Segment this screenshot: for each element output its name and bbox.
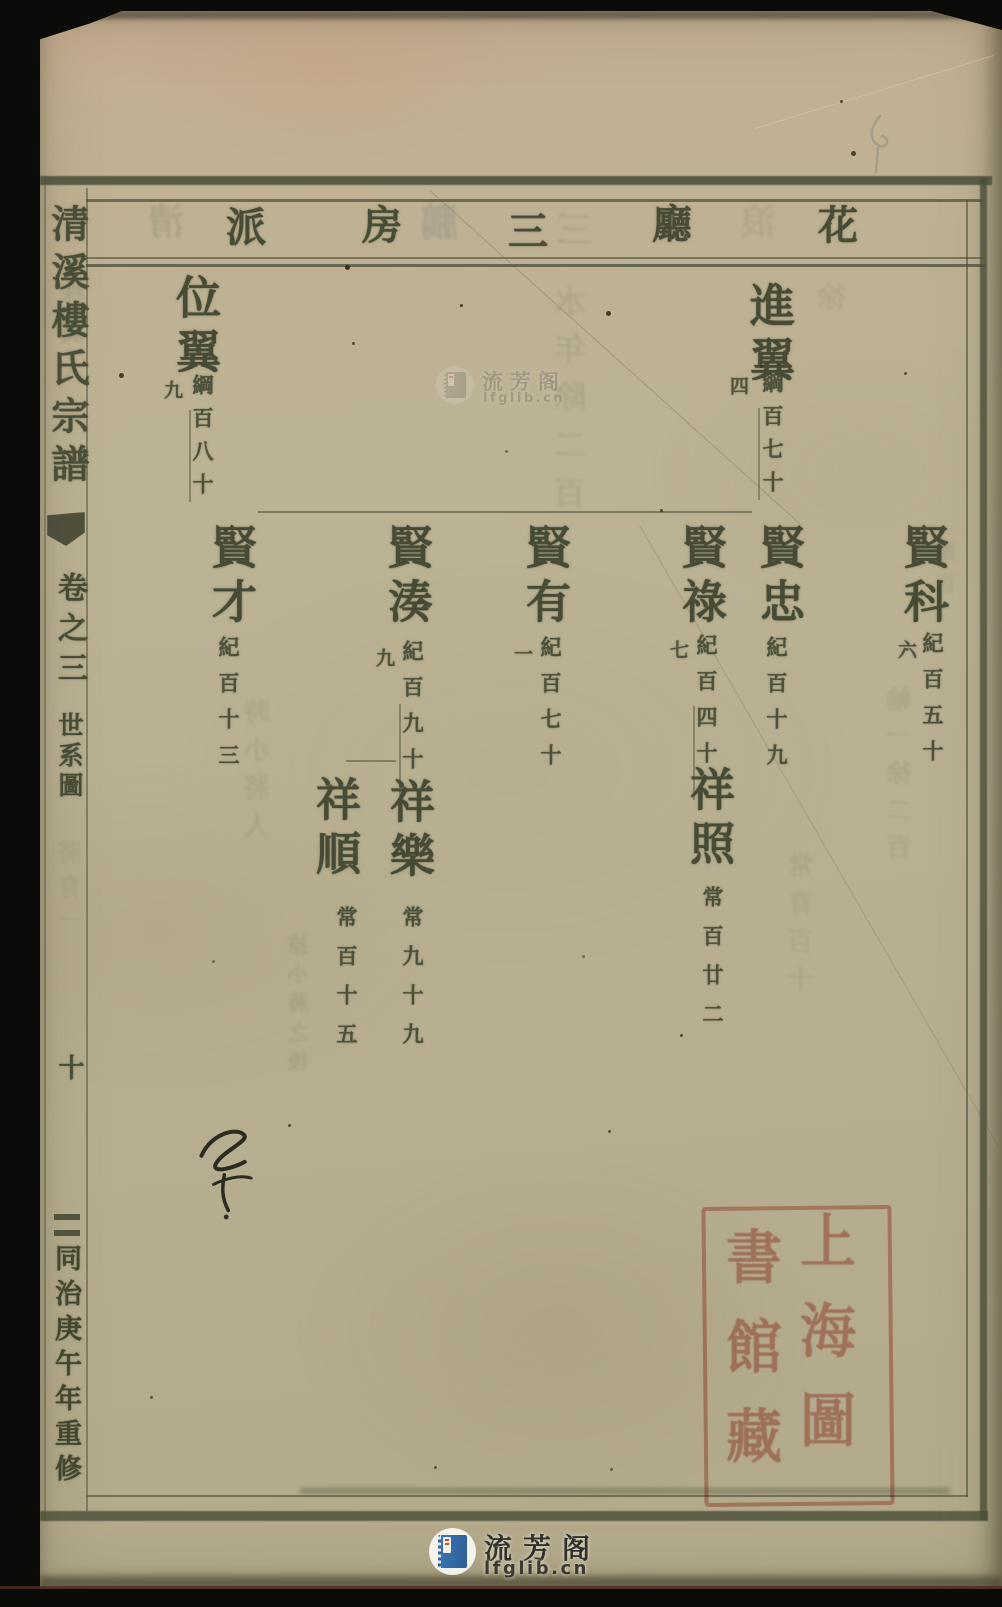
spine-page-number: 十 bbox=[56, 1054, 82, 1080]
bleedthrough-ghost: 輸一徐二百 bbox=[888, 686, 913, 871]
spine-separator-bar bbox=[54, 1230, 80, 1236]
frame-bottom-outer bbox=[40, 1511, 988, 1521]
photo-band-bottom bbox=[0, 1589, 1002, 1607]
book-icon bbox=[444, 372, 466, 398]
frame-right-inner bbox=[966, 200, 968, 1497]
entry-register: 常百十五 bbox=[336, 906, 357, 1062]
top-edge-shadow bbox=[40, 11, 1002, 19]
entry-seq: 一 bbox=[512, 644, 531, 663]
bleedthrough-ghost: 捺小將之後 bbox=[288, 934, 309, 1079]
watermark-circle bbox=[429, 1528, 476, 1575]
header-underline-a bbox=[86, 257, 983, 259]
bleedthrough-ghost: 時小將人 bbox=[246, 698, 272, 850]
watermark-site-domain: lfglib.cn bbox=[484, 1558, 589, 1579]
generation-divider bbox=[258, 511, 752, 513]
entry-name: 賢科 bbox=[900, 524, 945, 632]
ink-scribble bbox=[188, 1119, 273, 1224]
entry-register: 綱百八十 bbox=[192, 374, 213, 506]
connector-line bbox=[346, 760, 396, 762]
entry-register: 紀百九十 bbox=[402, 640, 423, 784]
bleedthrough-ghost: 浪 bbox=[740, 204, 776, 240]
book-label bbox=[448, 374, 454, 386]
entry-name: 祥順 bbox=[312, 776, 357, 884]
header-char: 廳 bbox=[652, 205, 692, 245]
bleedthrough-ghost: 三 bbox=[556, 212, 592, 248]
frame-right-outer bbox=[980, 178, 987, 1520]
spine-section: 世系圖 bbox=[57, 712, 82, 802]
entry-name: 賢有 bbox=[522, 524, 567, 632]
bleedthrough-ghost: 徐 bbox=[820, 282, 848, 310]
entry-register: 紀百十九 bbox=[766, 636, 787, 780]
entry-seq: 九 bbox=[162, 380, 181, 399]
header-char: 房 bbox=[362, 206, 402, 246]
watermark-site-domain: lfglib.cn bbox=[483, 391, 565, 406]
header-char: 三 bbox=[508, 212, 548, 252]
entry-name: 賢湊 bbox=[384, 524, 429, 632]
spine-separator-bar bbox=[54, 1214, 80, 1220]
header-underline-b bbox=[86, 264, 985, 267]
photo-band-top bbox=[0, 0, 1002, 11]
spine-colophon: 同治庚午年重修 bbox=[52, 1244, 79, 1489]
entry-name: 賢忠 bbox=[756, 524, 801, 632]
entry-register: 常九十九 bbox=[402, 906, 423, 1062]
library-seal-text-right: 上海圖 bbox=[796, 1211, 852, 1479]
entry-seq: 九 bbox=[374, 648, 393, 667]
entry-register: 常百廿二 bbox=[702, 886, 723, 1042]
bleedthrough-ghost: 清 bbox=[148, 204, 184, 240]
header-char: 花 bbox=[818, 206, 858, 246]
scanned-page: 水年除二百 株翼大 徐 輸一徐二百 常育百十 時小將人 捺小將之後 將育一 爾百… bbox=[0, 0, 1002, 1607]
bleedthrough-ghost: 常育百十 bbox=[790, 852, 816, 1004]
spine-book-title: 清溪樓氏宗譜 bbox=[48, 204, 86, 492]
spine-volume: 卷之三 bbox=[54, 572, 84, 692]
library-seal-text-left: 書館藏 bbox=[722, 1227, 778, 1495]
entry-register: 紀百十三 bbox=[218, 636, 239, 780]
entry-register: 紀百七十 bbox=[540, 636, 561, 780]
entry-seq: 七 bbox=[668, 640, 687, 659]
pencil-mark bbox=[850, 112, 898, 178]
photo-band-left bbox=[0, 0, 40, 1607]
entry-seq: 四 bbox=[728, 376, 747, 395]
header-char: 派 bbox=[226, 208, 266, 248]
entry-name: 賢祿 bbox=[678, 524, 723, 632]
bottom-fold-smudge bbox=[300, 1488, 950, 1494]
entry-register: 綱百七十 bbox=[762, 372, 783, 504]
book-icon bbox=[438, 1535, 467, 1568]
entry-register: 紀百五十 bbox=[922, 632, 943, 776]
entry-name: 賢才 bbox=[208, 524, 253, 632]
entry-name: 祥照 bbox=[686, 766, 731, 874]
entry-register: 紀百四十 bbox=[696, 634, 717, 778]
bleedthrough-ghost: 將育一 bbox=[60, 840, 84, 942]
watermark-circle bbox=[436, 366, 474, 404]
book-label bbox=[443, 1537, 451, 1553]
entry-name: 位翼 bbox=[172, 274, 217, 382]
entry-seq: 六 bbox=[896, 640, 915, 659]
bleedthrough-ghost: 鵬 bbox=[420, 204, 458, 242]
entry-name: 祥樂 bbox=[386, 778, 431, 886]
